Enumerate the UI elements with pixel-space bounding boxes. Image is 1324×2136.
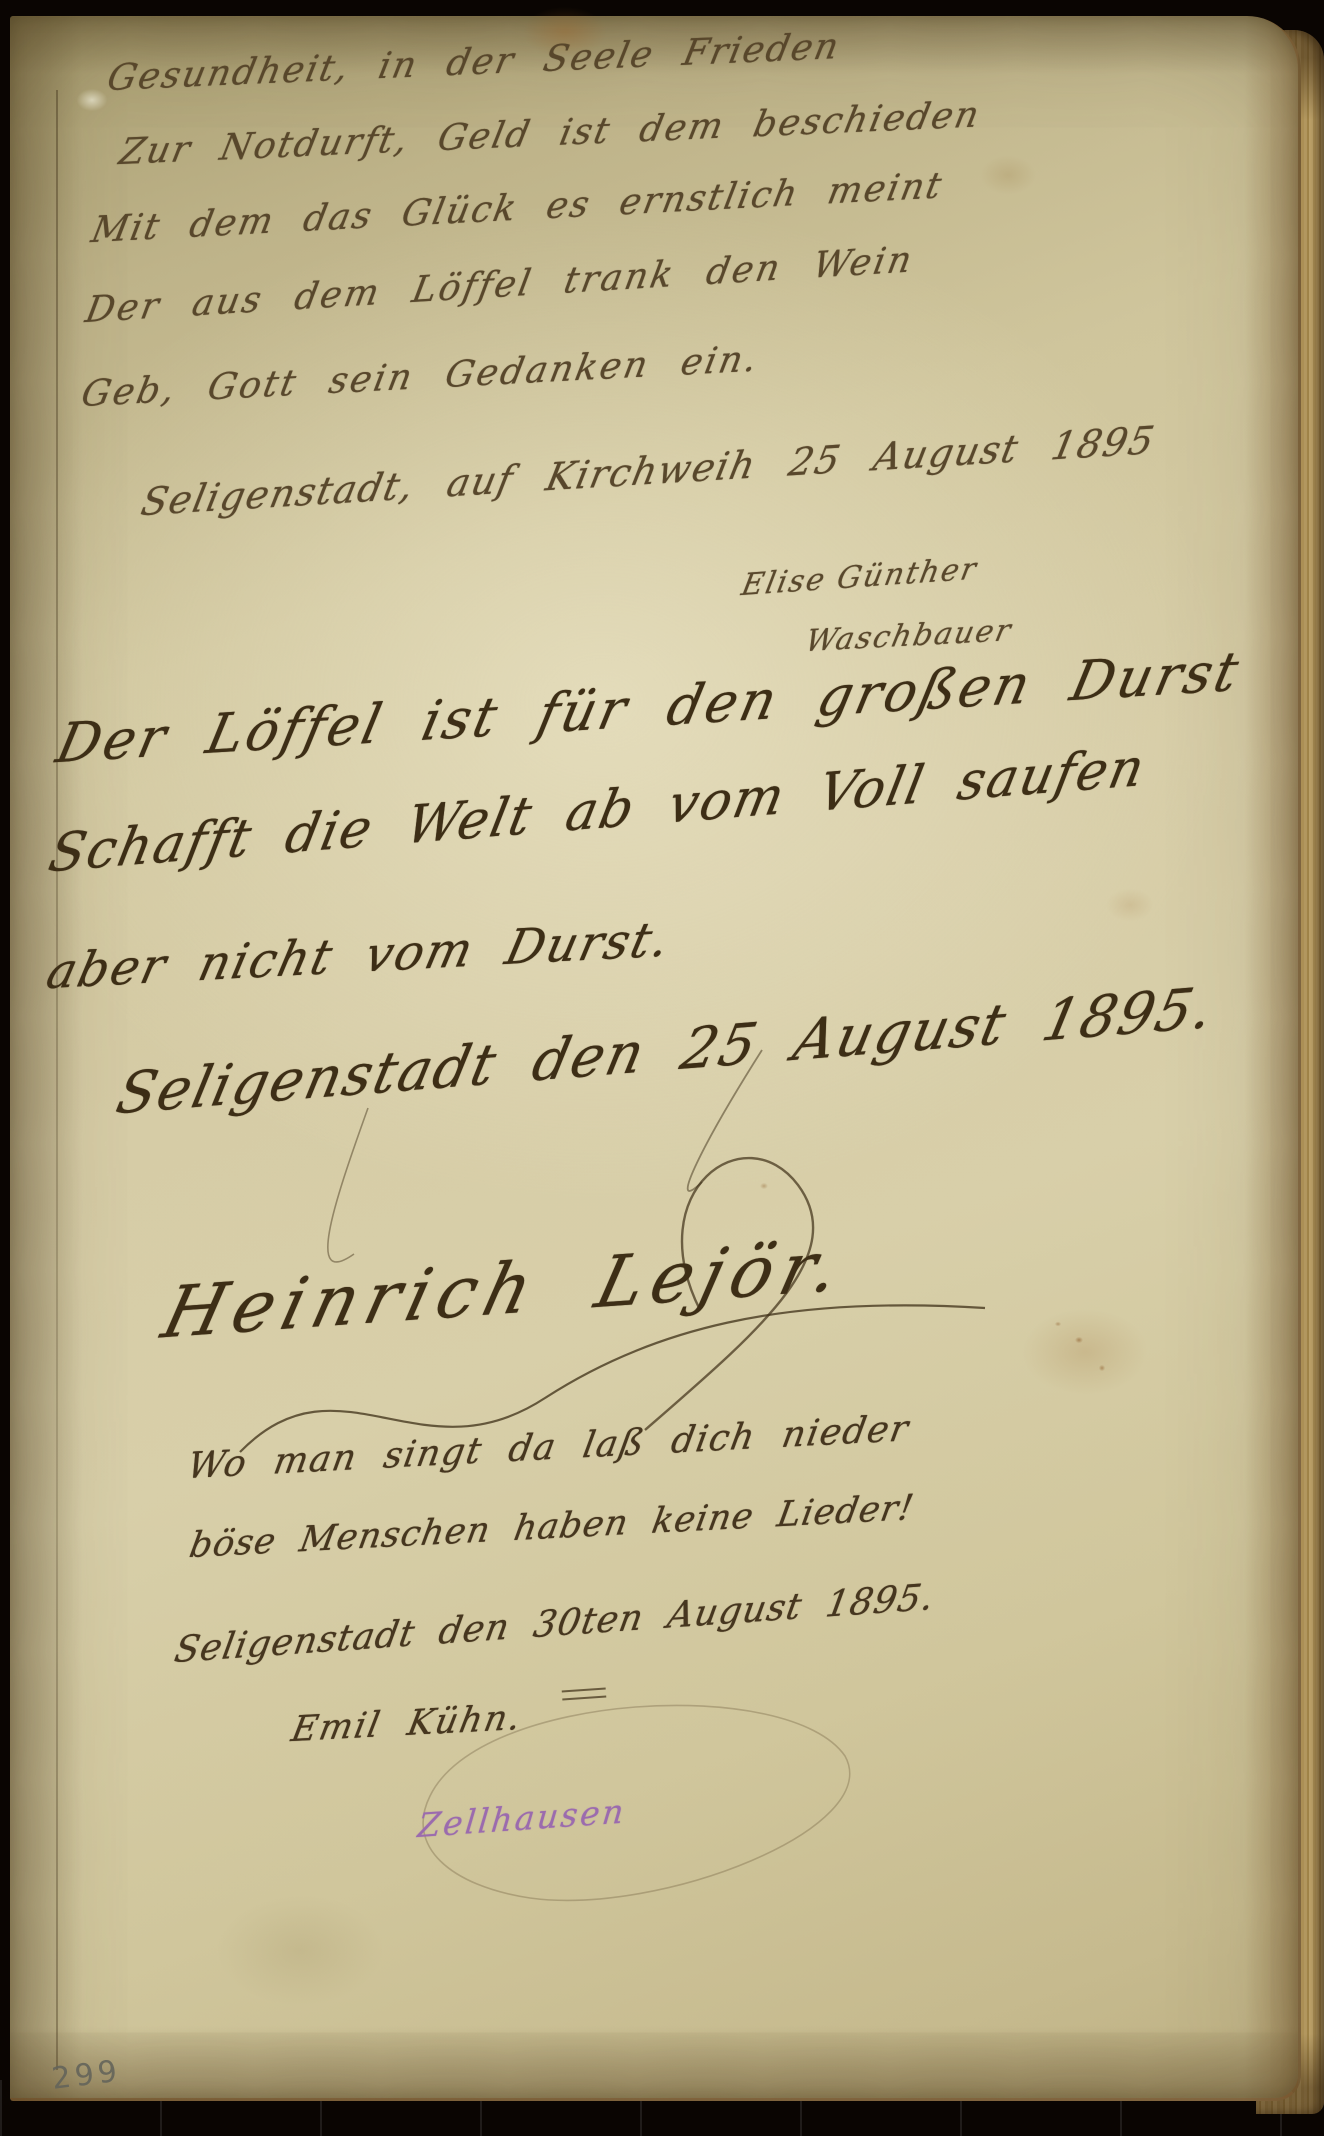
binding-crease <box>56 90 58 2070</box>
manuscript-photo: Gesundheit, in der Seele Frieden Zur Not… <box>0 0 1324 2136</box>
